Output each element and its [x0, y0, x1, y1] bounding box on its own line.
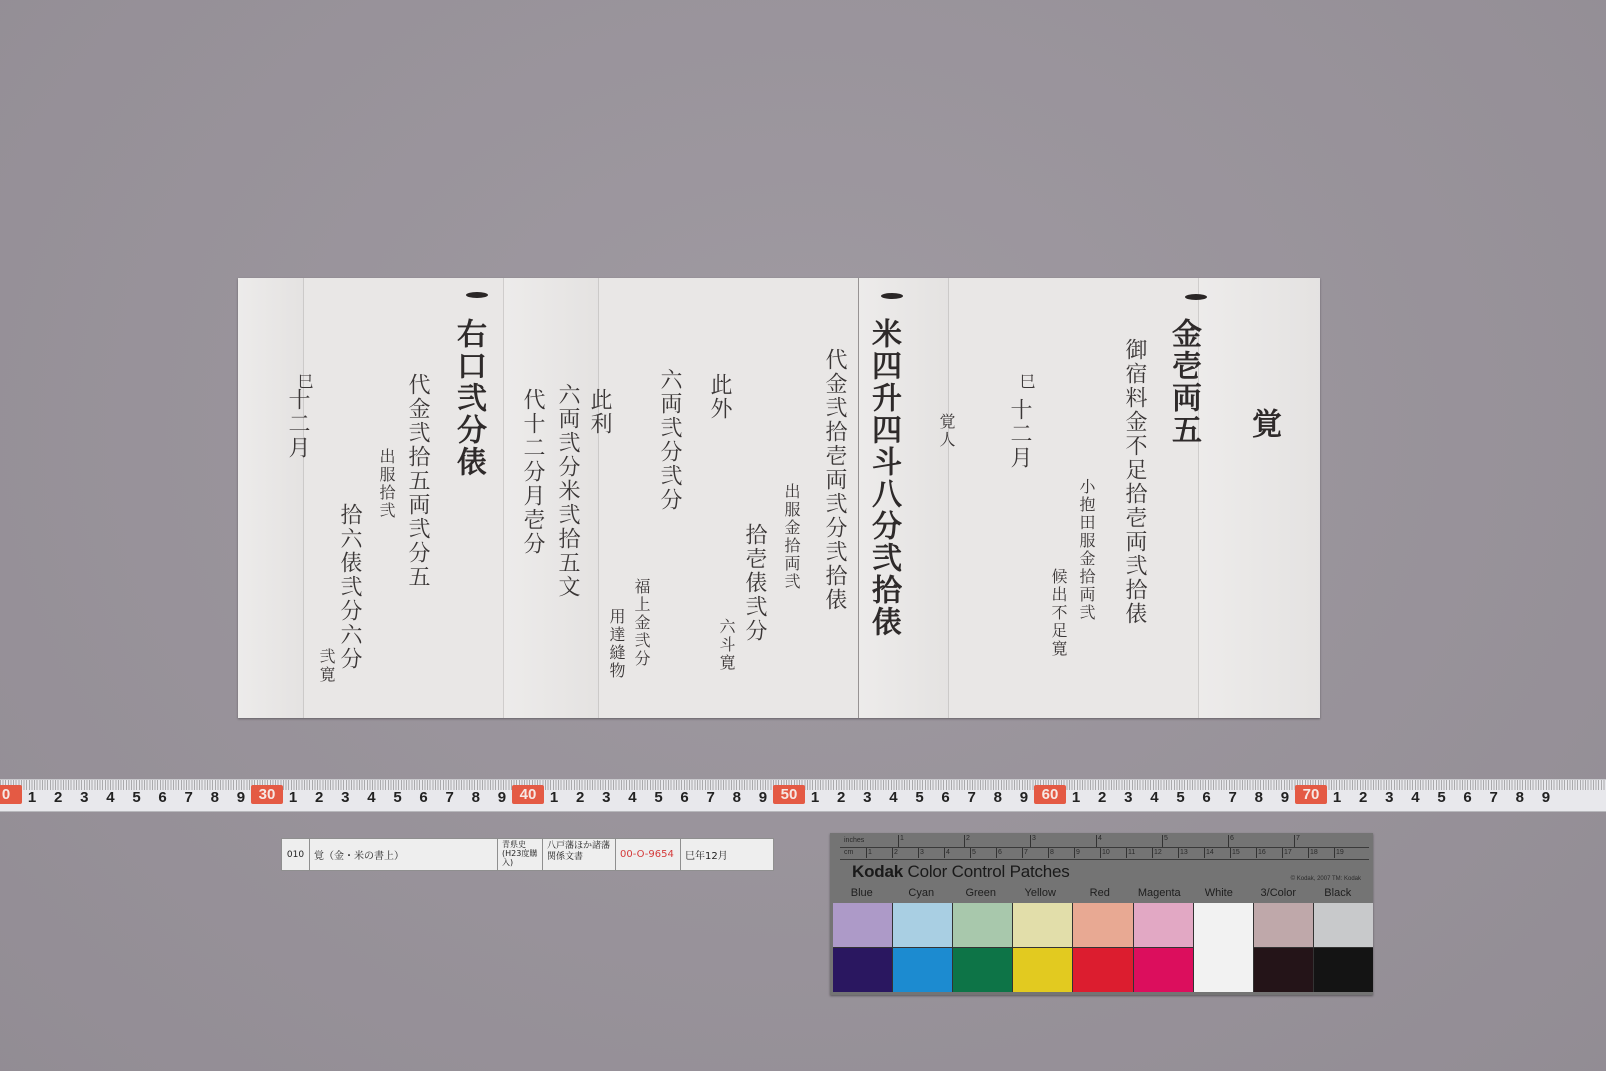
- ruler-label: 4: [619, 789, 645, 806]
- calligraphy-column-item2-line2: 代金弐拾壱両弐分弐拾俵: [823, 348, 845, 612]
- ruler-label: 70: [1295, 785, 1327, 804]
- ruler-label: 5: [385, 789, 411, 806]
- inch-tick: [1228, 835, 1229, 847]
- ruler-label: 2: [828, 789, 854, 806]
- scale-divider: [840, 847, 1369, 848]
- inch-tick-label: 2: [966, 835, 970, 842]
- ruler-label: 9: [1011, 789, 1037, 806]
- ruler-label: 9: [1533, 789, 1559, 806]
- calligraphy-column-item4-line2: 六両弐分米弐拾五文: [556, 383, 578, 599]
- ruler-label: 1: [1324, 789, 1350, 806]
- inch-tick: [1030, 835, 1031, 847]
- ruler-label: 5: [646, 789, 672, 806]
- patch-name-green: Green: [951, 887, 1011, 901]
- label-date: 巳年12月: [681, 839, 773, 870]
- patch-dark-blue: [833, 948, 892, 992]
- calligraphy-column-item2-line5: 六斗寛: [718, 618, 734, 672]
- ruler-label: 3: [71, 789, 97, 806]
- calligraphy-column-item3-head: 此外: [708, 373, 730, 421]
- ruler-label: 40: [512, 785, 544, 804]
- cm-tick-label: 9: [1076, 849, 1080, 856]
- kodak-copyright: © Kodak, 2007 TM: Kodak: [1291, 876, 1361, 882]
- calligraphy-column-title: 覚: [1248, 408, 1278, 440]
- calligraphy-column-item1-line3: 小抱田服金拾両弐: [1078, 478, 1094, 622]
- paper-panel: [238, 278, 303, 718]
- cm-tick-label: 4: [946, 849, 950, 856]
- calligraphy-column-item5-head: 右口弐分俵: [453, 318, 483, 478]
- calligraphy-column-item4-head: 此利: [588, 388, 610, 436]
- patch-name-black: Black: [1308, 887, 1368, 901]
- inch-tick-label: 3: [1032, 835, 1036, 842]
- fold-line: [503, 278, 504, 718]
- calligraphy-column-item4-line3: 代十二分月壱分: [521, 388, 543, 556]
- cm-tick: [1308, 848, 1309, 858]
- paper-panel: [1198, 278, 1320, 718]
- ruler-label: 8: [1507, 789, 1533, 806]
- patch-light-white: [1194, 903, 1253, 992]
- cm-tick: [1074, 848, 1075, 858]
- calligraphy-column-item2-line3: 出服金拾両弐: [783, 483, 799, 591]
- calligraphy-column-date1: 十二月: [1008, 398, 1030, 470]
- ruler-label: 9: [750, 789, 776, 806]
- ruler-label: 60: [1034, 785, 1066, 804]
- label-id: 00-O-9654: [616, 839, 681, 870]
- patch-light-blue: [833, 903, 892, 947]
- ruler-label: 7: [1220, 789, 1246, 806]
- cm-tick: [1152, 848, 1153, 858]
- calligraphy-column-item1-line2: 御宿料金不足拾壱両弐拾俵: [1123, 338, 1145, 626]
- ruler-label: 6: [1455, 789, 1481, 806]
- patch-name-cyan: Cyan: [892, 887, 952, 901]
- ruler-label: 30: [251, 785, 283, 804]
- patch-name-3-color: 3/Color: [1249, 887, 1309, 901]
- inch-tick-label: 5: [1164, 835, 1168, 842]
- patch-dark-black: [1314, 948, 1373, 992]
- ruler-label: 3: [1376, 789, 1402, 806]
- ruler-label: 4: [1402, 789, 1428, 806]
- inch-tick: [964, 835, 965, 847]
- kodak-color-card: inches cm 123456712345678910111213141516…: [830, 833, 1373, 995]
- patch-dark-green: [953, 948, 1012, 992]
- cm-tick: [1256, 848, 1257, 858]
- cm-tick: [944, 848, 945, 858]
- fold-line: [948, 278, 949, 718]
- ruler-label: 50: [773, 785, 805, 804]
- calligraphy-column-item1-line4: 候出不足寛: [1050, 568, 1066, 658]
- calligraphy-column-item3-line2: 六両弐分弐分: [658, 368, 680, 512]
- scale-inches-label: inches: [844, 837, 864, 844]
- ruler-label: 4: [358, 789, 384, 806]
- cm-tick-label: 8: [1050, 849, 1054, 856]
- calligraphy-column-item1-head: 金壱両五: [1168, 318, 1198, 446]
- ruler-label: 2: [567, 789, 593, 806]
- item-marker-dash: [466, 292, 488, 298]
- ruler-label: 3: [1115, 789, 1141, 806]
- ruler-label: 3: [854, 789, 880, 806]
- patch-dark-red: [1073, 948, 1132, 992]
- ruler-label: 8: [724, 789, 750, 806]
- fold-line: [303, 278, 304, 718]
- cm-tick-label: 13: [1180, 849, 1188, 856]
- ruler-label: 6: [672, 789, 698, 806]
- kodak-brand: Kodak: [852, 862, 903, 881]
- cm-tick-label: 11: [1128, 849, 1135, 856]
- cm-tick: [1100, 848, 1101, 858]
- ruler-label: 4: [97, 789, 123, 806]
- patch-dark-magenta: [1134, 948, 1193, 992]
- calligraphy-column-item5-line2: 代金弐拾五両弐分五: [406, 373, 428, 589]
- item-marker-dash: [1185, 294, 1207, 300]
- cm-tick-label: 14: [1206, 849, 1214, 856]
- ruler-label: 2: [1089, 789, 1115, 806]
- ruler-label: 6: [1194, 789, 1220, 806]
- inch-tick-label: 7: [1296, 835, 1300, 842]
- cm-tick-label: 16: [1258, 849, 1266, 856]
- cm-tick-label: 2: [894, 849, 898, 856]
- calligraphy-column-item5-line5: 弐寛: [318, 648, 334, 684]
- patch-light-green: [953, 903, 1012, 947]
- calligraphy-column-date2: 十二月: [286, 388, 308, 460]
- ruler-label: 1: [541, 789, 567, 806]
- ruler-label: 7: [176, 789, 202, 806]
- ruler-label: 2: [1350, 789, 1376, 806]
- cm-tick-label: 12: [1154, 849, 1162, 856]
- kodak-title: Kodak Color Control Patches: [852, 862, 1070, 882]
- calligraphy-column-item5-line3: 出服拾弐: [378, 448, 394, 520]
- ruler-label: 3: [593, 789, 619, 806]
- calligraphy-column-item3-line4: 用達縫物: [608, 608, 624, 680]
- label-number: 010: [282, 839, 310, 870]
- ruler-label: 8: [1246, 789, 1272, 806]
- ruler-label: 6: [150, 789, 176, 806]
- inch-tick: [1294, 835, 1295, 847]
- ruler-label: 3: [332, 789, 358, 806]
- label-collection: 八戸藩ほか諸藩関係文書: [543, 839, 616, 870]
- patch-light-3-color: [1254, 903, 1313, 947]
- patch-name-red: Red: [1070, 887, 1130, 901]
- cm-tick: [918, 848, 919, 858]
- patch-dark-3-color: [1254, 948, 1313, 992]
- ruler-label: 7: [959, 789, 985, 806]
- cm-tick: [970, 848, 971, 858]
- cm-tick: [1334, 848, 1335, 858]
- ruler-label: 7: [437, 789, 463, 806]
- calligraphy-column-sig1: 覚人: [938, 413, 954, 449]
- patch-light-magenta: [1134, 903, 1193, 947]
- ruler-label: 4: [880, 789, 906, 806]
- ruler-label: 1: [802, 789, 828, 806]
- patch-light-black: [1314, 903, 1373, 947]
- measuring-ruler: 0123456789301234567894012345678950123456…: [0, 779, 1606, 812]
- paper-panel: [503, 278, 598, 718]
- document-paper: 覚金壱両五御宿料金不足拾壱両弐拾俵小抱田服金拾両弐候出不足寛巳十二月覚人米四升四…: [238, 278, 1320, 718]
- cm-tick: [996, 848, 997, 858]
- cm-tick: [892, 848, 893, 858]
- calligraphy-column-item3-line3: 福上金弐分: [633, 578, 649, 668]
- cm-tick-label: 3: [920, 849, 924, 856]
- ruler-label: 5: [907, 789, 933, 806]
- inch-tick: [1162, 835, 1163, 847]
- calligraphy-column-item5-line4: 拾六俵弐分六分: [338, 503, 360, 671]
- patch-names: BlueCyanGreenYellowRedMagentaWhite3/Colo…: [830, 887, 1373, 901]
- patch-light-red: [1073, 903, 1132, 947]
- calligraphy-column-item2-head: 米四升四斗八分弐拾俵: [868, 318, 898, 638]
- cm-tick: [1022, 848, 1023, 858]
- cm-tick-label: 18: [1310, 849, 1318, 856]
- calligraphy-column-date1-era: 巳: [1018, 373, 1034, 391]
- fold-line: [598, 278, 599, 718]
- ruler-label: 9: [1272, 789, 1298, 806]
- patch-dark-yellow: [1013, 948, 1072, 992]
- ruler-label: 5: [1429, 789, 1455, 806]
- inch-tick-label: 4: [1098, 835, 1102, 842]
- patch-light-cyan: [893, 903, 952, 947]
- ruler-label: 8: [463, 789, 489, 806]
- patch-name-white: White: [1189, 887, 1249, 901]
- kodak-scale: inches cm 123456712345678910111213141516…: [840, 835, 1369, 860]
- cm-tick: [1282, 848, 1283, 858]
- patch-dark-cyan: [893, 948, 952, 992]
- ruler-label: 8: [202, 789, 228, 806]
- scale-cm-label: cm: [844, 849, 853, 856]
- ruler-label: 5: [1168, 789, 1194, 806]
- inch-tick: [1096, 835, 1097, 847]
- cm-tick-label: 19: [1336, 849, 1344, 856]
- cm-tick-label: 7: [1024, 849, 1028, 856]
- ruler-label: 2: [306, 789, 332, 806]
- cm-tick-label: 1: [868, 849, 872, 856]
- patch-name-yellow: Yellow: [1011, 887, 1071, 901]
- cm-tick: [1126, 848, 1127, 858]
- ruler-label: 7: [698, 789, 724, 806]
- cm-tick: [1204, 848, 1205, 858]
- catalog-label: 010 覚（金・米の書上） 青県史(H23度購入) 八戸藩ほか諸藩関係文書 00…: [281, 838, 774, 871]
- cm-tick: [1178, 848, 1179, 858]
- calligraphy-column-item2-line4: 拾壱俵弐分: [743, 523, 765, 643]
- ruler-label: 1: [1063, 789, 1089, 806]
- patch-name-blue: Blue: [832, 887, 892, 901]
- cm-tick-label: 10: [1102, 849, 1110, 856]
- cm-tick-label: 17: [1284, 849, 1292, 856]
- ruler-label: 1: [280, 789, 306, 806]
- kodak-subtitle: Color Control Patches: [908, 862, 1070, 881]
- cm-tick-label: 5: [972, 849, 976, 856]
- color-patches: [833, 903, 1373, 992]
- ruler-label: 4: [1141, 789, 1167, 806]
- ruler-label: 7: [1481, 789, 1507, 806]
- cm-tick-label: 6: [998, 849, 1002, 856]
- item-marker-dash: [881, 293, 903, 299]
- ruler-label: 2: [45, 789, 71, 806]
- inch-tick-label: 1: [900, 835, 904, 842]
- label-source: 青県史(H23度購入): [498, 839, 543, 870]
- label-title: 覚（金・米の書上）: [310, 839, 498, 870]
- cm-tick: [866, 848, 867, 858]
- ruler-label: 6: [411, 789, 437, 806]
- ruler-label: 9: [489, 789, 515, 806]
- cm-tick: [1230, 848, 1231, 858]
- inch-tick: [898, 835, 899, 847]
- ruler-label: 6: [933, 789, 959, 806]
- patch-light-yellow: [1013, 903, 1072, 947]
- inch-tick-label: 6: [1230, 835, 1234, 842]
- cm-tick-label: 15: [1232, 849, 1240, 856]
- fold-line: [858, 278, 859, 718]
- patch-name-magenta: Magenta: [1130, 887, 1190, 901]
- ruler-label: 5: [124, 789, 150, 806]
- cm-tick: [1048, 848, 1049, 858]
- ruler-label: 8: [985, 789, 1011, 806]
- ruler-label: 9: [228, 789, 254, 806]
- ruler-label: 1: [19, 789, 45, 806]
